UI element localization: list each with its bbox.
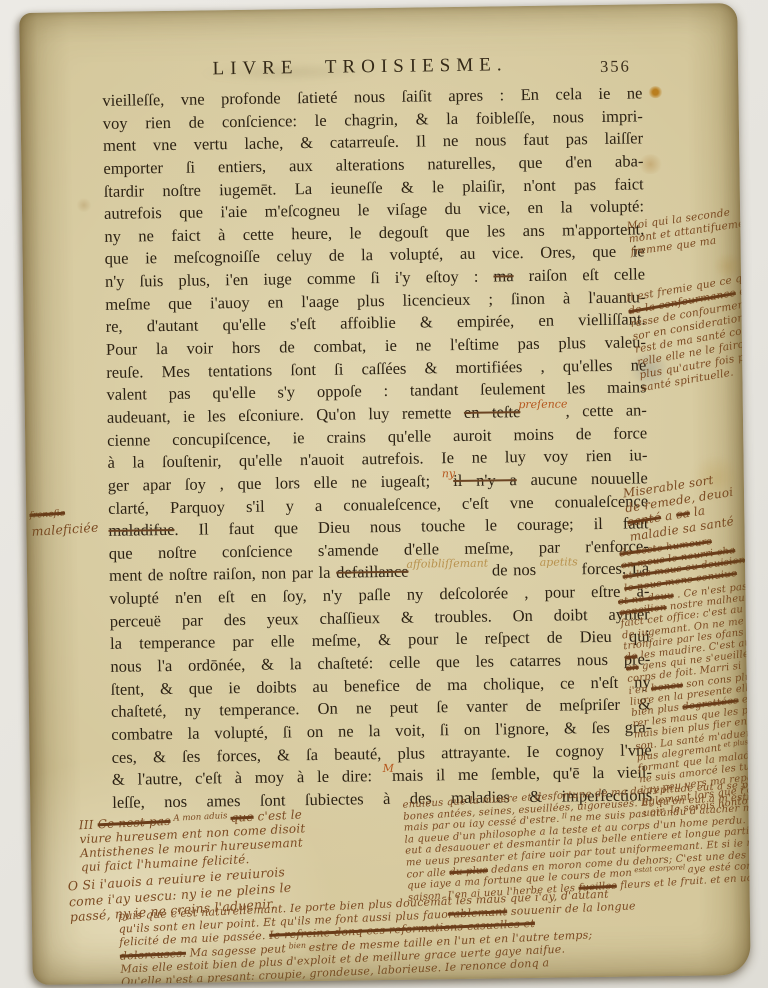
page-number: 356 <box>600 57 631 77</box>
foxing-spot <box>648 86 662 98</box>
foxing-spot <box>76 198 92 212</box>
right-margin-note-1: Moi qui la secondemont et attantifuement… <box>626 200 751 259</box>
book-page: LIVRE TROISIESME. 356 vieilleſſe, vne pr… <box>19 3 751 985</box>
printed-text-block: vieilleſſe, vne profonde ſatieté nous ſa… <box>102 82 652 814</box>
running-head: LIVRE TROISIESME. <box>80 52 640 82</box>
